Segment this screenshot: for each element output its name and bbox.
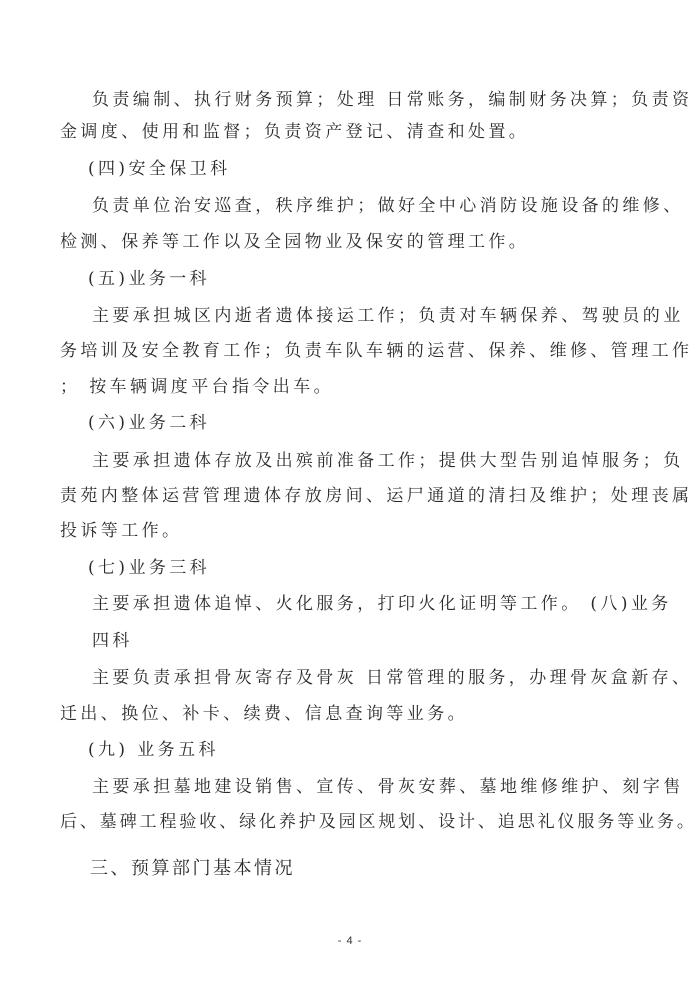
- page-number: - 4 -: [0, 935, 700, 947]
- subsection-heading: 四科: [92, 630, 133, 652]
- subsection-heading: (六)业务二科: [88, 412, 210, 434]
- paragraph-line: 主要承担城区内逝者遗体接运工作；负责对车辆保养、驾驶员的业: [92, 305, 684, 327]
- section-heading: 三、预算部门基本情况: [90, 858, 295, 880]
- paragraph-line: 主要承担遗体存放及出殡前准备工作；提供大型告别追悼服务；负: [92, 450, 684, 472]
- paragraph-line: ； 按车辆调度平台指令出车。: [60, 376, 334, 398]
- subsection-heading: (五)业务一科: [88, 268, 210, 290]
- subsection-heading: (七)业务三科: [88, 557, 210, 579]
- document-page: 负责编制、执行财务预算；处理 日常账务，编制财务决算；负责资 金调度、使用和监督…: [0, 0, 700, 990]
- subsection-heading: (四)安全保卫科: [88, 158, 230, 180]
- paragraph-line: 主要负责承担骨灰寄存及骨灰 日常管理的服务，办理骨灰盒新存、: [92, 667, 692, 689]
- paragraph-line: 负责单位治安巡查，秩序维护；做好全中心消防设施设备的维修、: [92, 195, 684, 217]
- paragraph-line: 主要承担遗体追悼、火化服务，打印火化证明等工作。 (八)业务: [92, 593, 672, 615]
- paragraph-line: 检测、保养等工作以及全园物业及保安的管理工作。: [60, 231, 529, 253]
- subsection-heading: (九) 业务五科: [88, 739, 219, 761]
- paragraph-line: 投诉等工作。: [60, 520, 182, 542]
- paragraph-line: 主要承担墓地建设销售、宣传、骨灰安葬、墓地维修维护、刻字售: [92, 776, 684, 798]
- paragraph-line: 金调度、使用和监督；负责资产登记、清查和处置。: [60, 121, 529, 143]
- paragraph-line: 负责编制、执行财务预算；处理 日常账务，编制财务决算；负责资: [92, 89, 692, 111]
- paragraph-line: 迁出、换位、补卡、续费、信息查询等业务。: [60, 703, 468, 725]
- paragraph-line: 责苑内整体运营管理遗体存放房间、运尸通道的清扫及维护；处理丧属: [60, 485, 692, 507]
- paragraph-line: 务培训及安全教育工作；负责车队车辆的运营、保养、维修、管理工作: [60, 340, 692, 362]
- paragraph-line: 后、墓碑工程验收、绿化养护及园区规划、设计、追思礼仪服务等业务。: [60, 811, 697, 833]
